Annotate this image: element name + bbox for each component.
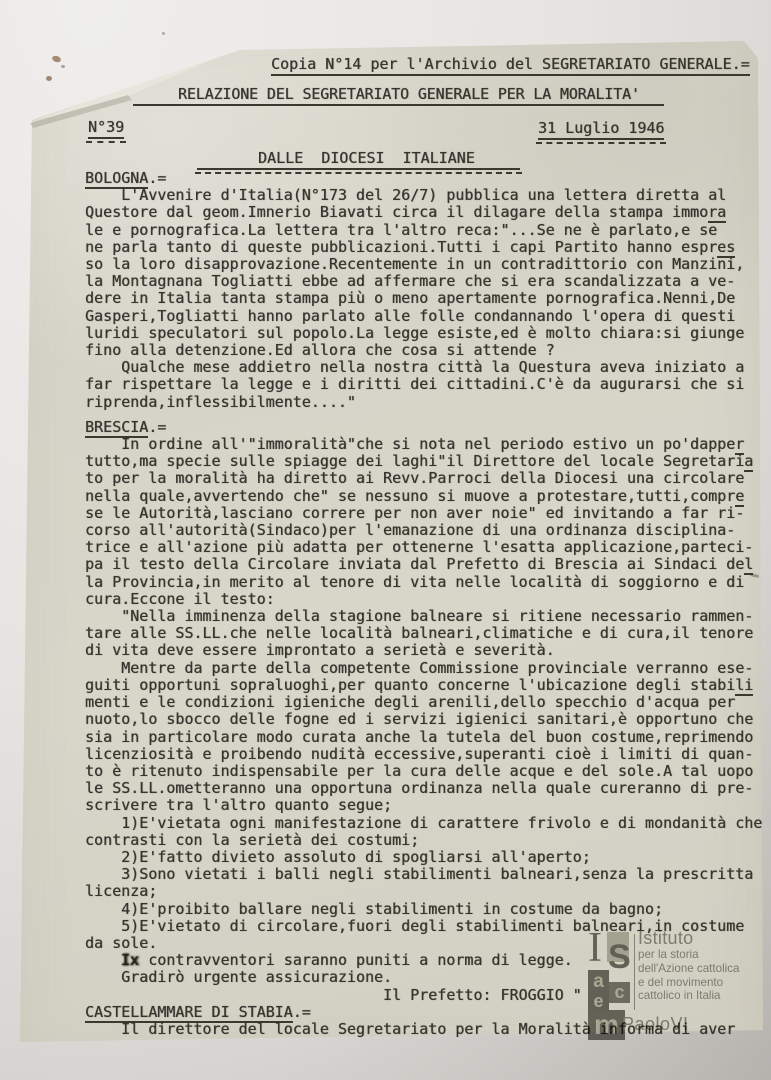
- text-line: ne parla tanto di queste pubblicazioni.T…: [85, 239, 767, 256]
- text-line: le e pornografica.La lettera tra l'altro…: [85, 222, 767, 239]
- text-line: se le Autorità,lasciano correre per non …: [85, 505, 767, 522]
- text-line: 2)E'fatto divieto assoluto di spogliarsi…: [85, 849, 767, 866]
- text-line: contrasti con la serietà dei costumi;: [85, 832, 767, 849]
- text-line: 1)E'vietata ogni manifestazione di carat…: [85, 815, 767, 832]
- text-line: luridi speculatori sul popolo.La legge e…: [85, 325, 767, 342]
- text-line: riprenda,inflessibilmente....": [85, 394, 767, 411]
- text-line: Mentre da parte della competente Commiss…: [85, 660, 767, 677]
- typewritten-document: Copia N°14 per l'Archivio del SEGRETARIA…: [0, 0, 771, 1080]
- document-section: BOLOGNA.= L'Avvenire d'Italia(N°173 del …: [85, 170, 767, 411]
- text-line: to per la moralità ha diretto ai Revv.Pa…: [85, 470, 767, 487]
- text-line: dere in Italia tanta stampa più o meno a…: [85, 290, 767, 307]
- text-line: pa il testo della Circolare inviata dal …: [85, 556, 767, 573]
- text-line: tutto,ma specie sulle spiagge dei laghi"…: [85, 453, 767, 470]
- text-line: Il direttore del locale Segretariato per…: [85, 1021, 767, 1038]
- text-line: licenza;: [85, 883, 767, 900]
- text-line: Qualche mese addietro nella nostra città…: [85, 359, 767, 376]
- document-section: BRESCIA.= In ordine all'"immoralità"che …: [85, 419, 767, 1004]
- text-line: far rispettare la legge e i diritti dei …: [85, 376, 767, 393]
- text-line: corso all'autorità(Sindaco)per l'emanazi…: [85, 522, 767, 539]
- text-line: guiti opportuni sopraluoghi,per quanto c…: [85, 677, 767, 694]
- text-line: le SS.LL.ometteranno una opportuna ordin…: [85, 780, 767, 797]
- text-line: fino alla detenzione.Ed allora che cosa …: [85, 342, 767, 359]
- report-subtitle: DALLE DIOCESI ITALIANE: [197, 149, 520, 167]
- text-line: to è ritenuto indispensabile per la cura…: [85, 763, 767, 780]
- text-line: Gradirò urgente assicurazione.: [85, 969, 767, 986]
- text-line: trice e all'azione più adatta per ottene…: [85, 539, 767, 556]
- text-line: scrivere tra l'altro quanto segue;: [85, 797, 767, 814]
- text-line: nella quale,avvertendo che" se nessuno s…: [85, 488, 767, 505]
- report-date: 31 Luglio 1946: [538, 119, 664, 137]
- text-line: 3)Sono vietati i balli negli stabiliment…: [85, 866, 767, 883]
- text-line: menti e le condizioni igieniche degli ar…: [85, 694, 767, 711]
- section-heading: CASTELLAMMARE DI STABIA.=: [85, 1004, 767, 1021]
- text-line: Gasperi,Togliatti hanno parlato alle fol…: [85, 308, 767, 325]
- text-line: tare alle SS.LL.che nelle località balne…: [85, 625, 767, 642]
- text-line: Ix contravventori saranno puniti a norma…: [85, 952, 767, 969]
- archive-copy-note: Copia N°14 per l'Archivio del SEGRETARIA…: [271, 55, 750, 73]
- section-heading: BOLOGNA.=: [85, 170, 767, 187]
- text-line: cura.Eccone il testo:: [85, 591, 767, 608]
- text-line: so la loro disapprovazione.Recentemente …: [85, 256, 767, 273]
- document-section: CASTELLAMMARE DI STABIA.= Il direttore d…: [85, 1004, 767, 1038]
- text-line: di vita deve essere improntato a serietà…: [85, 642, 767, 659]
- text-line: 5)E'vietato di circolare,fuori degli sta…: [85, 918, 767, 935]
- text-line: "Nella imminenza della stagione balneare…: [85, 608, 767, 625]
- section-heading: BRESCIA.=: [85, 419, 767, 436]
- text-line: licenziosità e proibendo nudità eccessiv…: [85, 746, 767, 763]
- text-line: la Montagnana Togliatti ebbe ad affermar…: [85, 273, 767, 290]
- document-body: BOLOGNA.= L'Avvenire d'Italia(N°173 del …: [85, 170, 767, 1038]
- scan-background: Copia N°14 per l'Archivio del SEGRETARIA…: [0, 0, 771, 1080]
- text-line: sia in particolare modo curata anche la …: [85, 729, 767, 746]
- text-line: 4)E'proibito ballare negli stabilimenti …: [85, 901, 767, 918]
- text-line: L'Avvenire d'Italia(N°173 del 26/7) pubb…: [85, 187, 767, 204]
- text-line: In ordine all'"immoralità"che si nota ne…: [85, 436, 767, 453]
- text-line: Questore dal geom.Imnerio Biavati circa …: [85, 204, 767, 221]
- report-number: N°39: [88, 118, 124, 136]
- text-line: da sole.: [85, 935, 767, 952]
- text-line: Il Prefetto: FROGGIO ": [85, 987, 767, 1004]
- text-line: la Provincia,in merito al tenore di vita…: [85, 574, 767, 591]
- text-line: nuoto,lo sbocco delle fogne ed i servizi…: [85, 711, 767, 728]
- report-title: RELAZIONE DEL SEGRETARIATO GENERALE PER …: [133, 85, 664, 103]
